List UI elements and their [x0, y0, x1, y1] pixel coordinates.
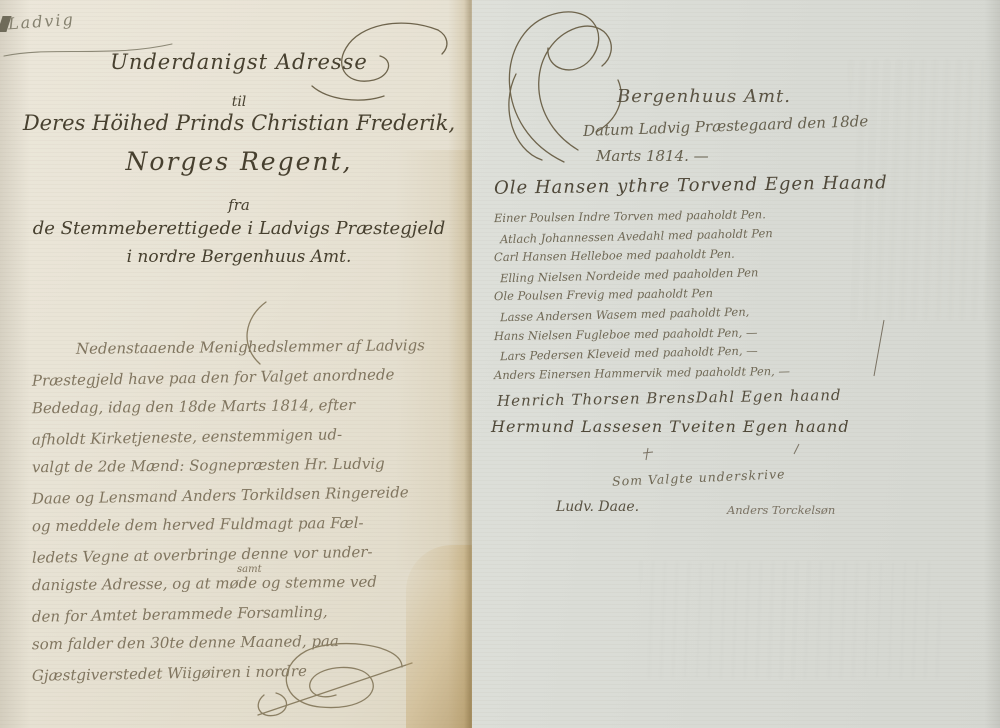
title-line: i nordre Bergenhuus Amt.	[14, 247, 464, 267]
interlinear-insertion: samt	[237, 564, 262, 575]
signature-line: Anders Einersen Hammervik med paaholdt P…	[494, 364, 790, 388]
title-line: til	[14, 94, 464, 110]
header-line: Marts 1814. —	[596, 147, 709, 165]
title-line: Deres Höihed Prinds Christian Frederik,	[14, 111, 464, 135]
left-page: Ladvig Underdanigst Adresse til Deres Hö…	[0, 0, 472, 728]
address-body: Nedenstaaende Menighedslemmer af Ladvigs…	[32, 338, 466, 692]
title-line: de Stemmeberettigede i Ladvigs Præstegje…	[14, 218, 464, 239]
own-hand-signature: Hermund Lassesen Tveiten Egen haand	[491, 417, 850, 436]
right-edge-shadow	[984, 0, 1000, 728]
pencil-annotation: Ladvig	[7, 10, 75, 34]
manuscript-scan: Ladvig Underdanigst Adresse til Deres Hö…	[0, 0, 1000, 728]
attestor-signature: Ludv. Daae.	[556, 499, 639, 515]
signature-list: Einer Poulsen Indre Torven med paaholdt …	[494, 209, 790, 385]
title-line: Norges Regent,	[14, 147, 464, 176]
header-line: Bergenhuus Amt.	[617, 86, 791, 107]
attestor-signature: Anders Torckelsøn	[727, 503, 835, 517]
body-line: Gjæstgiverstedet Wiigøiren i nordre	[32, 659, 466, 696]
title-line: fra	[14, 196, 464, 214]
title-line: Underdanigst Adresse	[14, 50, 464, 74]
